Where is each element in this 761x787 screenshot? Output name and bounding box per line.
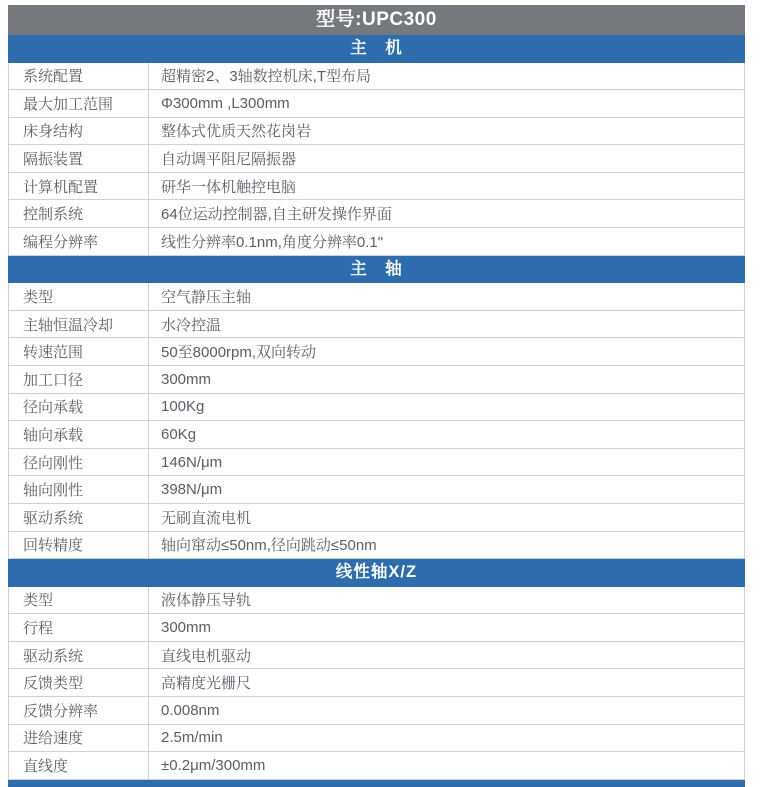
spec-label: 行程 [9, 614, 149, 641]
spec-value: ±0.2μm/300mm [149, 752, 744, 779]
spec-row: 回转精度 轴向窜动≤50nm,径向跳动≤50nm [9, 532, 744, 560]
truncated-next-section-bar [8, 780, 745, 787]
spec-value: 64位运动控制器,自主研发操作界面 [149, 200, 744, 227]
spec-section: 主 轴 类型 空气静压主轴 主轴恒温冷却 水冷控温 转速范围 50至8000rp… [8, 256, 745, 559]
spec-label: 转速范围 [9, 338, 149, 365]
spec-row: 类型 液体静压导轨 [9, 587, 744, 615]
spec-value: 整体式优质天然花岗岩 [149, 118, 744, 145]
spec-value: 研华一体机触控电脑 [149, 173, 744, 200]
spec-row: 轴向承载 60Kg [9, 421, 744, 449]
spec-value: 100Kg [149, 394, 744, 421]
spec-label: 驱动系统 [9, 642, 149, 669]
spec-label: 系统配置 [9, 63, 149, 90]
spec-label: 计算机配置 [9, 173, 149, 200]
spec-value: 轴向窜动≤50nm,径向跳动≤50nm [149, 532, 744, 559]
spec-row: 行程 300mm [9, 614, 744, 642]
spec-row: 轴向刚性 398N/μm [9, 476, 744, 504]
spec-label: 隔振装置 [9, 145, 149, 172]
section-header: 主 机 [8, 35, 745, 63]
spec-value: 300mm [149, 366, 744, 393]
section-rows: 类型 液体静压导轨 行程 300mm 驱动系统 直线电机驱动 反馈类型 高精度光… [8, 587, 745, 780]
spec-value: 空气静压主轴 [149, 283, 744, 310]
spec-value: 无刷直流电机 [149, 504, 744, 531]
spec-value: 液体静压导轨 [149, 587, 744, 614]
spec-value: 超精密2、3轴数控机床,T型布局 [149, 63, 744, 90]
spec-row: 最大加工范围 Φ300mm ,L300mm [9, 90, 744, 118]
spec-row: 反馈分辨率 0.008nm [9, 697, 744, 725]
section-header: 线性轴X/Z [8, 559, 745, 587]
spec-label: 回转精度 [9, 532, 149, 559]
spec-row: 主轴恒温冷却 水冷控温 [9, 311, 744, 339]
spec-label: 控制系统 [9, 200, 149, 227]
spec-value: 线性分辨率0.1nm,角度分辨率0.1" [149, 228, 744, 255]
spec-label: 轴向刚性 [9, 476, 149, 503]
spec-label: 类型 [9, 587, 149, 614]
spec-value: 自动调平阻尼隔振器 [149, 145, 744, 172]
spec-label: 最大加工范围 [9, 90, 149, 117]
spec-value: 高精度光栅尺 [149, 669, 744, 696]
sections-mount: 主 机 系统配置 超精密2、3轴数控机床,T型布局 最大加工范围 Φ300mm … [8, 35, 745, 780]
section-rows: 类型 空气静压主轴 主轴恒温冷却 水冷控温 转速范围 50至8000rpm,双向… [8, 283, 745, 559]
spec-value: 146N/μm [149, 449, 744, 476]
spec-value: 2.5m/min [149, 725, 744, 752]
spec-label: 径向刚性 [9, 449, 149, 476]
spec-value: 50至8000rpm,双向转动 [149, 338, 744, 365]
spec-label: 加工口径 [9, 366, 149, 393]
spec-row: 编程分辨率 线性分辨率0.1nm,角度分辨率0.1" [9, 228, 744, 256]
spec-row: 系统配置 超精密2、3轴数控机床,T型布局 [9, 63, 744, 91]
spec-value: 水冷控温 [149, 311, 744, 338]
spec-label: 类型 [9, 283, 149, 310]
spec-label: 反馈分辨率 [9, 697, 149, 724]
spec-label: 进给速度 [9, 725, 149, 752]
spec-label: 反馈类型 [9, 669, 149, 696]
spec-row: 加工口径 300mm [9, 366, 744, 394]
spec-row: 隔振装置 自动调平阻尼隔振器 [9, 145, 744, 173]
spec-row: 床身结构 整体式优质天然花岗岩 [9, 118, 744, 146]
spec-value: 直线电机驱动 [149, 642, 744, 669]
model-title: 型号:UPC300 [8, 5, 745, 35]
spec-row: 径向刚性 146N/μm [9, 449, 744, 477]
spec-label: 主轴恒温冷却 [9, 311, 149, 338]
spec-row: 类型 空气静压主轴 [9, 283, 744, 311]
spec-value: Φ300mm ,L300mm [149, 90, 744, 117]
spec-label: 径向承载 [9, 394, 149, 421]
spec-row: 直线度 ±0.2μm/300mm [9, 752, 744, 780]
spec-label: 直线度 [9, 752, 149, 779]
spec-value: 300mm [149, 614, 744, 641]
spec-label: 床身结构 [9, 118, 149, 145]
spec-label: 轴向承载 [9, 421, 149, 448]
spec-row: 径向承载 100Kg [9, 394, 744, 422]
spec-value: 0.008nm [149, 697, 744, 724]
spec-label: 驱动系统 [9, 504, 149, 531]
spec-section: 主 机 系统配置 超精密2、3轴数控机床,T型布局 最大加工范围 Φ300mm … [8, 35, 745, 256]
spec-row: 驱动系统 直线电机驱动 [9, 642, 744, 670]
spec-value: 398N/μm [149, 476, 744, 503]
spec-row: 反馈类型 高精度光栅尺 [9, 669, 744, 697]
spec-value: 60Kg [149, 421, 744, 448]
spec-row: 进给速度 2.5m/min [9, 725, 744, 753]
spec-row: 驱动系统 无刷直流电机 [9, 504, 744, 532]
section-header: 主 轴 [8, 256, 745, 284]
spec-sheet: 型号:UPC300 主 机 系统配置 超精密2、3轴数控机床,T型布局 最大加工… [8, 5, 745, 787]
spec-row: 控制系统 64位运动控制器,自主研发操作界面 [9, 200, 744, 228]
section-rows: 系统配置 超精密2、3轴数控机床,T型布局 最大加工范围 Φ300mm ,L30… [8, 63, 745, 256]
spec-section: 线性轴X/Z 类型 液体静压导轨 行程 300mm 驱动系统 直线电机驱动 反馈… [8, 559, 745, 780]
spec-row: 转速范围 50至8000rpm,双向转动 [9, 338, 744, 366]
spec-row: 计算机配置 研华一体机触控电脑 [9, 173, 744, 201]
spec-label: 编程分辨率 [9, 228, 149, 255]
